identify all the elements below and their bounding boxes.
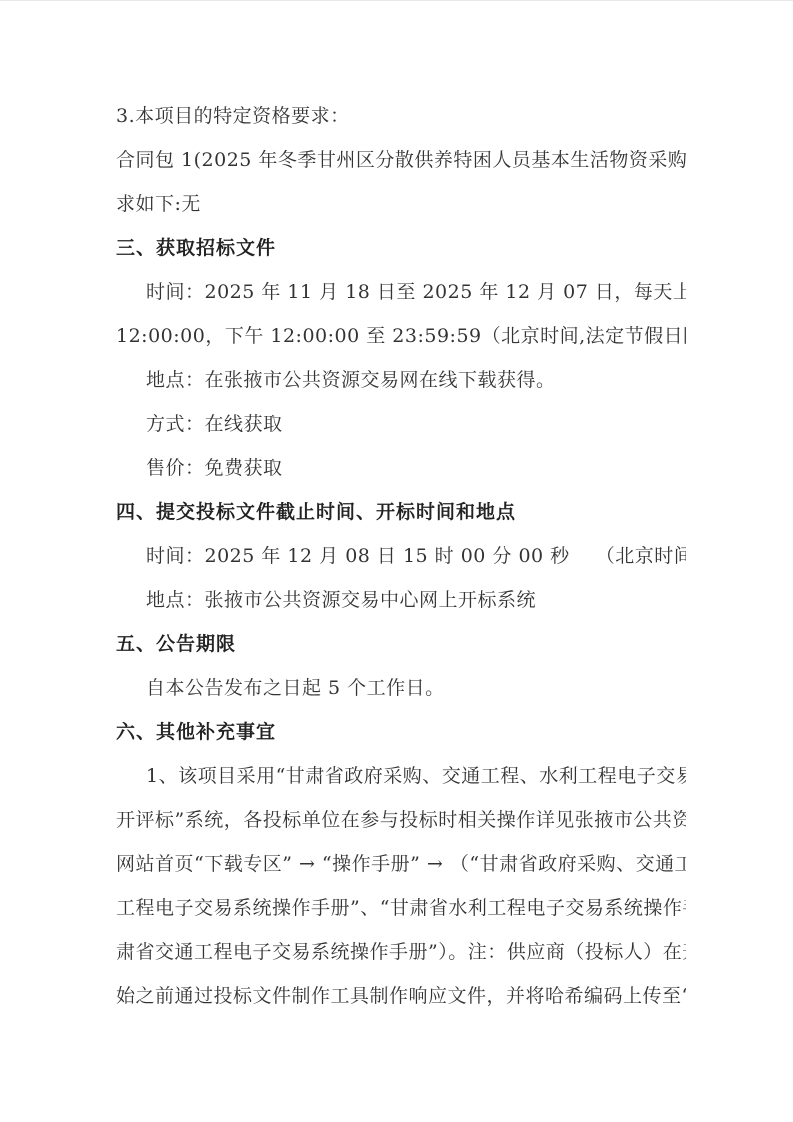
- other-matters-line-6: 始之前通过投标文件制作工具制作响应文件，并将哈希编码上传至“甘肃省政府: [116, 974, 686, 1018]
- other-matters-line-3: 网站首页“下载专区” → “操作手册” → （“甘肃省政府采购、交通工程、水利: [116, 842, 686, 886]
- bid-opening-location: 地点：张掖市公共资源交易中心网上开标系统: [116, 578, 686, 622]
- other-matters-line-1: 1、该项目采用“甘肃省政府采购、交通工程、水利工程电子交易系统-网上: [116, 754, 686, 798]
- obtain-price: 售价：免费获取: [116, 446, 686, 490]
- document-page: 3.本项目的特定资格要求： 合同包 1(2025 年冬季甘州区分散供养特困人员基…: [0, 0, 793, 1122]
- obtain-method: 方式：在线获取: [116, 402, 686, 446]
- other-matters-line-5: 肃省交通工程电子交易系统操作手册”）。注：供应商（投标人）在开标时间开: [116, 930, 686, 974]
- other-matters-line-4: 工程电子交易系统操作手册”、“甘肃省水利工程电子交易系统操作手册”、“甘: [116, 886, 686, 930]
- heading-submission-deadline: 四、提交投标文件截止时间、开标时间和地点: [116, 490, 686, 534]
- obtain-time-line-1: 时间：2025 年 11 月 18 日至 2025 年 12 月 07 日，每天…: [116, 270, 686, 314]
- obtain-time-line-2: 12:00:00，下午 12:00:00 至 23:59:59（北京时间,法定节…: [116, 314, 686, 358]
- contract-package-line-2: 求如下:无: [116, 182, 686, 226]
- heading-other-matters: 六、其他补充事宜: [116, 710, 686, 754]
- other-matters-line-2: 开评标”系统，各投标单位在参与投标时相关操作详见张掖市公共资源交易中心: [116, 798, 686, 842]
- announcement-period-text: 自本公告发布之日起 5 个工作日。: [116, 666, 686, 710]
- document-content: 3.本项目的特定资格要求： 合同包 1(2025 年冬季甘州区分散供养特困人员基…: [0, 1, 793, 1018]
- heading-obtain-bid-documents: 三、获取招标文件: [116, 226, 686, 270]
- heading-announcement-period: 五、公告期限: [116, 622, 686, 666]
- qualification-requirement-intro: 3.本项目的特定资格要求：: [116, 94, 686, 138]
- deadline-time: 时间：2025 年 12 月 08 日 15 时 00 分 00 秒 （北京时间…: [116, 534, 686, 578]
- contract-package-line-1: 合同包 1(2025 年冬季甘州区分散供养特困人员基本生活物资采购)特定资格要: [116, 138, 686, 182]
- obtain-location: 地点：在张掖市公共资源交易网在线下载获得。: [116, 358, 686, 402]
